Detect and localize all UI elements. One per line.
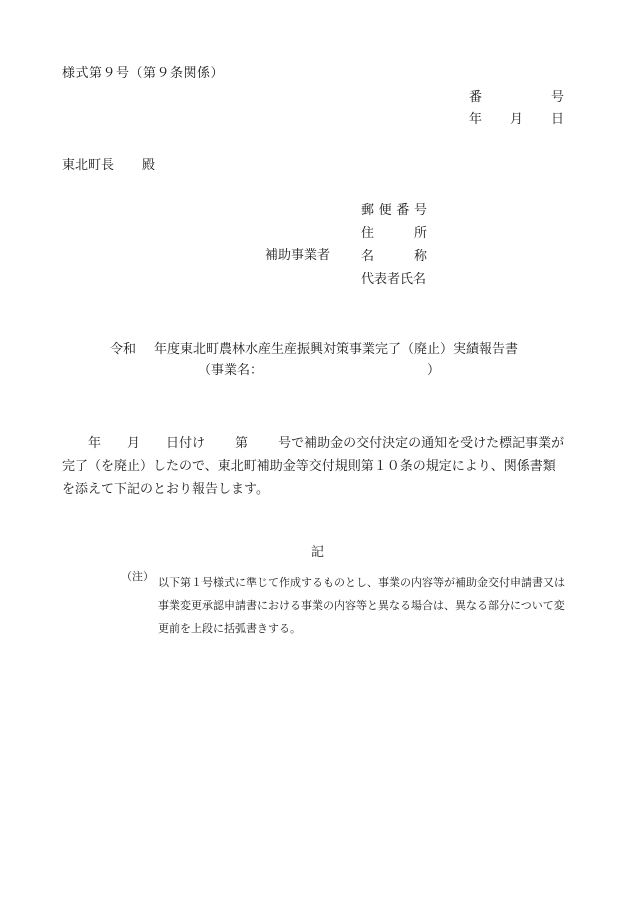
applicant-fields: 郵 便 番 号 住 所 名 称 代表者氏名 xyxy=(361,204,427,296)
name-char: 名 xyxy=(361,250,374,265)
note-line-3: 更前を上段に括弧書きする。 xyxy=(158,617,565,640)
postal-char: 便 xyxy=(379,204,392,219)
postal-code-label: 郵 便 番 号 xyxy=(361,204,427,219)
body-year: 年 xyxy=(88,436,101,451)
representative-text: 代表者氏名 xyxy=(361,273,426,288)
addressee-name: 東北町長 xyxy=(62,158,114,173)
address-char: 住 xyxy=(361,227,374,242)
body-dated: 日付け xyxy=(166,436,205,451)
title-main: 年度東北町農林水産生産振興対策事業完了（廃止）実績報告書 xyxy=(154,342,518,357)
form-number: 様式第９号（第９条関係） xyxy=(62,67,224,80)
report-body: 年月日付け第号で補助金の交付決定の通知を受けた標記事業が 完了（を廃止）したので… xyxy=(62,432,622,501)
body-line-3: を添えて下記のとおり報告します。 xyxy=(62,478,622,501)
body-line1-rest: 号で補助金の交付決定の通知を受けた標記事業が xyxy=(278,436,564,451)
project-name-open: （事業名： xyxy=(198,364,263,377)
project-name-close: ） xyxy=(427,364,440,377)
addressee: 東北町長殿 xyxy=(62,159,155,172)
body-line-2: 完了（を廃止）したので、東北町補助金等交付規則第１０条の規定により、関係書類 xyxy=(62,455,622,478)
document-title: 令和年度東北町農林水産生産振興対策事業完了（廃止）実績報告書 xyxy=(110,343,518,356)
note-text: 以下第１号様式に準じて作成するものとし、事業の内容等が補助金交付申請書又は 事業… xyxy=(158,571,565,640)
applicant-label: 補助事業者 xyxy=(265,249,330,262)
address-label: 住 所 xyxy=(361,227,427,242)
note-line-1: 以下第１号様式に準じて作成するものとし、事業の内容等が補助金交付申請書又は xyxy=(158,571,565,594)
body-month: 月 xyxy=(127,436,140,451)
date-row: 年 月 日 xyxy=(469,113,564,126)
note-line-2: 事業変更承認申請書における事業の内容等と異なる場合は、異なる部分について変 xyxy=(158,594,565,617)
number-suffix: 号 xyxy=(551,91,564,104)
postal-char: 番 xyxy=(396,204,409,219)
representative-name-label: 代表者氏名 xyxy=(361,273,427,288)
postal-char: 郵 xyxy=(361,204,374,219)
address-char: 所 xyxy=(414,227,427,242)
date-month: 月 xyxy=(510,113,523,126)
date-year: 年 xyxy=(469,113,482,126)
body-no: 第 xyxy=(235,436,248,451)
name-label: 名 称 xyxy=(361,250,427,265)
title-era: 令和 xyxy=(110,342,136,357)
project-name-line: （事業名： ） xyxy=(198,364,440,377)
ki-heading: 記 xyxy=(311,546,324,559)
date-day: 日 xyxy=(551,113,564,126)
note-label: （注） xyxy=(121,571,154,582)
document-number-row: 番 号 xyxy=(469,91,564,104)
number-label: 番 xyxy=(469,91,482,104)
name-char: 称 xyxy=(414,250,427,265)
addressee-honorific: 殿 xyxy=(142,158,155,173)
body-line-1: 年月日付け第号で補助金の交付決定の通知を受けた標記事業が xyxy=(62,432,622,455)
postal-char: 号 xyxy=(414,204,427,219)
